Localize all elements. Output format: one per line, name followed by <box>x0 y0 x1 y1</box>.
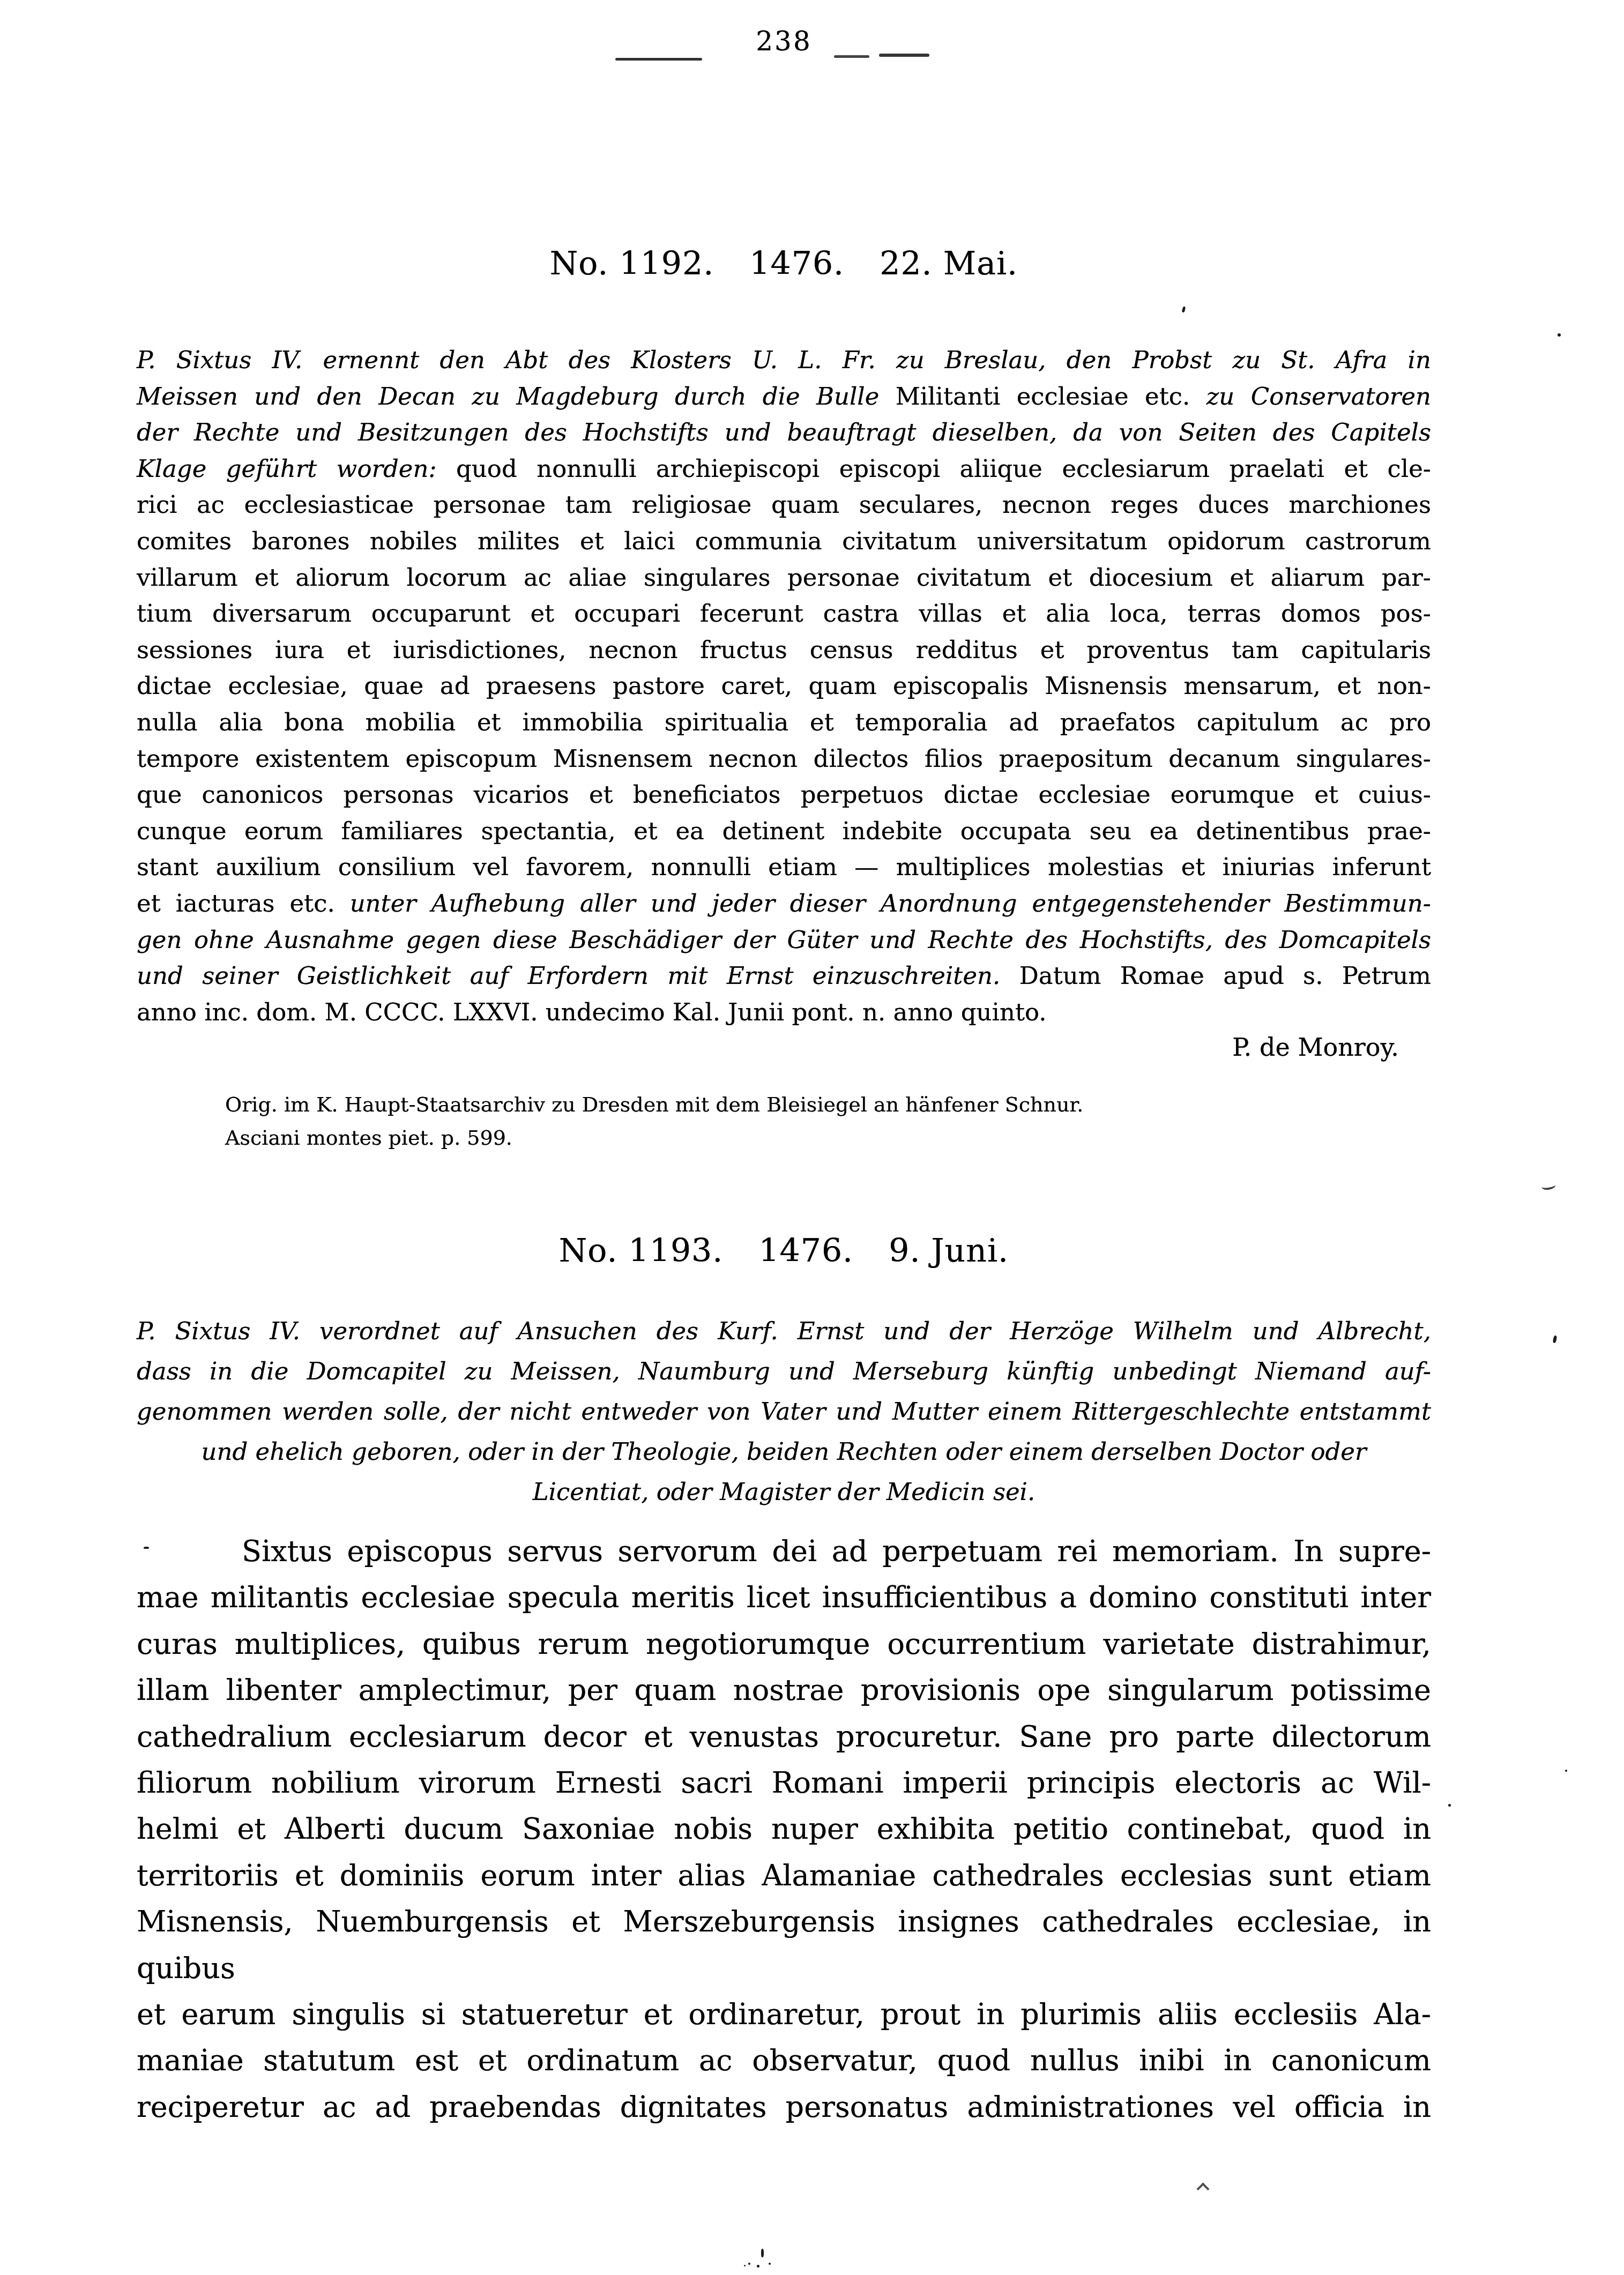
text-segment: nulla alia bona mobilia et immobilia spi… <box>137 708 1431 736</box>
scan-artifact <box>1541 1181 1556 1190</box>
text-line: P. Sixtus IV. ernennt den Abt des Kloste… <box>137 342 1431 378</box>
text-line: cathedralium ecclesiarum decor et venust… <box>137 1714 1431 1760</box>
text-segment: Datum Romae apud s. Petrum <box>1000 961 1431 990</box>
text-segment: cunque eorum familiares spectantia, et e… <box>137 817 1431 845</box>
text-line: Orig. im K. Haupt-Staatsarchiv zu Dresde… <box>225 1088 1431 1121</box>
text-line: Sixtus episcopus servus servorum dei ad … <box>137 1528 1431 1575</box>
scan-artifact <box>748 2263 750 2265</box>
scan-artifact <box>757 2265 759 2267</box>
text-segment: mae militantis ecclesiae specula meritis… <box>137 1580 1431 1614</box>
entry-1192-heading: No. 1192. 1476. 22. Mai. <box>137 247 1431 281</box>
text-segment: maniae statutum est et ordinatum ac obse… <box>137 2043 1431 2077</box>
text-segment: Meissen und den Decan zu Magdeburg durch… <box>137 382 896 411</box>
text-line: rici ac ecclesiasticae personae tam reli… <box>137 487 1431 523</box>
text-segment: Licentiat, oder Magister der Medicin sei… <box>533 1478 1036 1506</box>
text-line: der Rechte und Besitzungen des Hochstift… <box>137 414 1431 451</box>
text-segment: curas multiplices, quibus rerum negotior… <box>137 1627 1431 1661</box>
text-line: territoriis et dominiis eorum inter alia… <box>137 1853 1431 1899</box>
text-line: stant auxilium consilium vel favorem, no… <box>137 849 1431 885</box>
text-segment: filiorum nobilium virorum Ernesti sacri … <box>137 1766 1431 1800</box>
text-segment: illam libenter amplectimur, per quam nos… <box>137 1673 1431 1707</box>
scan-artifact <box>744 2265 746 2266</box>
scan-artifact <box>1553 1336 1558 1344</box>
entry-1192-text: P. Sixtus IV. ernennt den Abt des Kloste… <box>137 342 1431 1030</box>
text-line: Meissen und den Decan zu Magdeburg durch… <box>137 378 1431 415</box>
text-line: sessiones iura et iurisdictiones, necnon… <box>137 632 1431 668</box>
text-line: Asciani montes piet. p. 599. <box>225 1121 1431 1154</box>
text-segment: villarum et aliorum locorum ac aliae sin… <box>137 563 1431 592</box>
text-line: et iacturas etc. unter Aufhebung aller u… <box>137 885 1431 922</box>
text-segment: stant auxilium consilium vel favorem, no… <box>137 853 1431 881</box>
text-segment: et iacturas etc. <box>137 889 350 918</box>
text-segment: quod nonnulli archiepiscopi episcopi ali… <box>437 454 1431 483</box>
entry-1192-signature: P. de Monroy. <box>137 1031 1431 1063</box>
text-line: und seiner Geistlichkeit auf Erfordern m… <box>137 958 1431 994</box>
text-segment: Sixtus episcopus servus servorum dei ad … <box>242 1534 1431 1568</box>
text-segment: zu Conservatoren <box>1190 382 1431 411</box>
text-segment: que canonicos personas vicarios et benef… <box>137 780 1431 809</box>
text-line: Misnensis, Nuemburgensis et Merszeburgen… <box>137 1899 1431 1991</box>
text-line: reciperetur ac ad praebendas dignitates … <box>137 2084 1431 2130</box>
scan-artifact <box>1196 2182 1209 2195</box>
text-segment: comites barones nobiles milites et laici… <box>137 527 1431 555</box>
text-line: et earum singulis si statueretur et ordi… <box>137 1991 1431 2038</box>
text-segment: unter Aufhebung aller und jeder dieser A… <box>350 889 1431 918</box>
text-line: filiorum nobilium virorum Ernesti sacri … <box>137 1760 1431 1806</box>
text-line: mae militantis ecclesiae specula meritis… <box>137 1575 1431 1621</box>
text-segment: cathedralium ecclesiarum decor et venust… <box>137 1720 1431 1754</box>
scan-dash-left <box>615 58 702 61</box>
text-segment: der Rechte und Besitzungen des Hochstift… <box>137 418 1431 446</box>
text-segment: tempore existentem episcopum Misnensem n… <box>137 744 1431 773</box>
scan-dash-right <box>879 54 929 57</box>
text-line: que canonicos personas vicarios et benef… <box>137 777 1431 813</box>
scan-artifact <box>761 2249 764 2257</box>
entry-1193-number: No. 1193. <box>559 1234 723 1268</box>
entry-1193-year: 1476. <box>758 1234 853 1268</box>
text-segment: Asciani montes piet. p. 599. <box>225 1126 512 1150</box>
text-line: und ehelich geboren, oder in der Theolog… <box>137 1431 1431 1472</box>
text-segment: genommen werden solle, der nicht entwede… <box>137 1397 1431 1426</box>
text-segment: gen ohne Ausnahme gegen diese Beschädige… <box>137 926 1431 954</box>
scan-dash-right <box>834 55 869 58</box>
scan-artifact <box>1565 1770 1567 1772</box>
text-line: anno inc. dom. M. CCCC. LXXVI. undecimo … <box>137 994 1431 1031</box>
entry-1193-heading: No. 1193. 1476. 9. Juni. <box>137 1234 1431 1268</box>
signature-name: P. de Monroy. <box>1232 1033 1399 1062</box>
scan-artifact <box>1448 1804 1451 1807</box>
text-segment: reciperetur ac ad praebendas dignitates … <box>137 2090 1431 2124</box>
text-line: curas multiplices, quibus rerum negotior… <box>137 1621 1431 1667</box>
text-segment: dass in die Domcapitel zu Meissen, Naumb… <box>137 1357 1431 1385</box>
text-line: cunque eorum familiares spectantia, et e… <box>137 813 1431 849</box>
scan-artifact <box>1558 333 1561 337</box>
scanned-page: 238 No. 1192. 1476. 22. Mai. P. Sixtus I… <box>0 0 1624 2275</box>
page-number: 238 <box>756 26 811 57</box>
text-line: villarum et aliorum locorum ac aliae sin… <box>137 560 1431 596</box>
text-line: maniae statutum est et ordinatum ac obse… <box>137 2038 1431 2084</box>
text-segment: und ehelich geboren, oder in der Theolog… <box>202 1437 1367 1466</box>
text-line: Licentiat, oder Magister der Medicin sei… <box>137 1472 1431 1512</box>
text-segment: Misnensis, Nuemburgensis et Merszeburgen… <box>137 1905 1431 1985</box>
entry-1193-summary: P. Sixtus IV. verordnet auf Ansuchen des… <box>137 1311 1431 1512</box>
text-line: comites barones nobiles milites et laici… <box>137 523 1431 560</box>
entry-1192-year: 1476. <box>749 247 844 281</box>
text-segment: tium diversarum occuparunt et occupari f… <box>137 599 1431 628</box>
text-segment: anno inc. dom. M. CCCC. LXXVI. undecimo … <box>137 998 1047 1026</box>
entry-1193-date: 9. Juni. <box>889 1234 1009 1268</box>
text-line: dictae ecclesiae, quae ad praesens pasto… <box>137 668 1431 704</box>
text-line: genommen werden solle, der nicht entwede… <box>137 1391 1431 1431</box>
text-line: helmi et Alberti ducum Saxoniae nobis nu… <box>137 1806 1431 1852</box>
text-segment: Klage geführt worden: <box>137 454 437 483</box>
text-segment: helmi et Alberti ducum Saxoniae nobis nu… <box>137 1812 1431 1846</box>
text-segment: P. Sixtus IV. verordnet auf Ansuchen des… <box>137 1317 1431 1345</box>
text-segment: Orig. im K. Haupt-Staatsarchiv zu Dresde… <box>225 1093 1083 1116</box>
text-segment: dictae ecclesiae, quae ad praesens pasto… <box>137 672 1431 700</box>
text-segment: sessiones iura et iurisdictiones, necnon… <box>137 636 1431 664</box>
text-segment: und seiner Geistlichkeit auf Erfordern m… <box>137 961 1000 990</box>
scan-artifact <box>144 1547 149 1549</box>
text-line: illam libenter amplectimur, per quam nos… <box>137 1667 1431 1713</box>
text-segment: territoriis et dominiis eorum inter alia… <box>137 1859 1431 1892</box>
entry-1192-footnote: Orig. im K. Haupt-Staatsarchiv zu Dresde… <box>225 1088 1431 1154</box>
page-header: 238 <box>137 26 1431 57</box>
text-line: tempore existentem episcopum Misnensem n… <box>137 741 1431 777</box>
text-segment: rici ac ecclesiasticae personae tam reli… <box>137 490 1431 519</box>
text-line: gen ohne Ausnahme gegen diese Beschädige… <box>137 922 1431 958</box>
entry-1192-date: 22. Mai. <box>880 247 1018 281</box>
text-line: Klage geführt worden: quod nonnulli arch… <box>137 451 1431 487</box>
entry-1193-body: Sixtus episcopus servus servorum dei ad … <box>137 1528 1431 2130</box>
text-segment: P. Sixtus IV. ernennt den Abt des Kloste… <box>137 346 1431 374</box>
entry-1192-number: No. 1192. <box>550 247 714 281</box>
text-segment: Militanti ecclesiae etc. <box>896 382 1190 411</box>
text-line: P. Sixtus IV. verordnet auf Ansuchen des… <box>137 1311 1431 1351</box>
text-line: nulla alia bona mobilia et immobilia spi… <box>137 704 1431 741</box>
scan-artifact <box>769 2263 771 2265</box>
text-segment: et earum singulis si statueretur et ordi… <box>137 1997 1431 2031</box>
text-line: dass in die Domcapitel zu Meissen, Naumb… <box>137 1351 1431 1391</box>
text-line: tium diversarum occuparunt et occupari f… <box>137 595 1431 632</box>
scan-artifact <box>1182 307 1186 313</box>
